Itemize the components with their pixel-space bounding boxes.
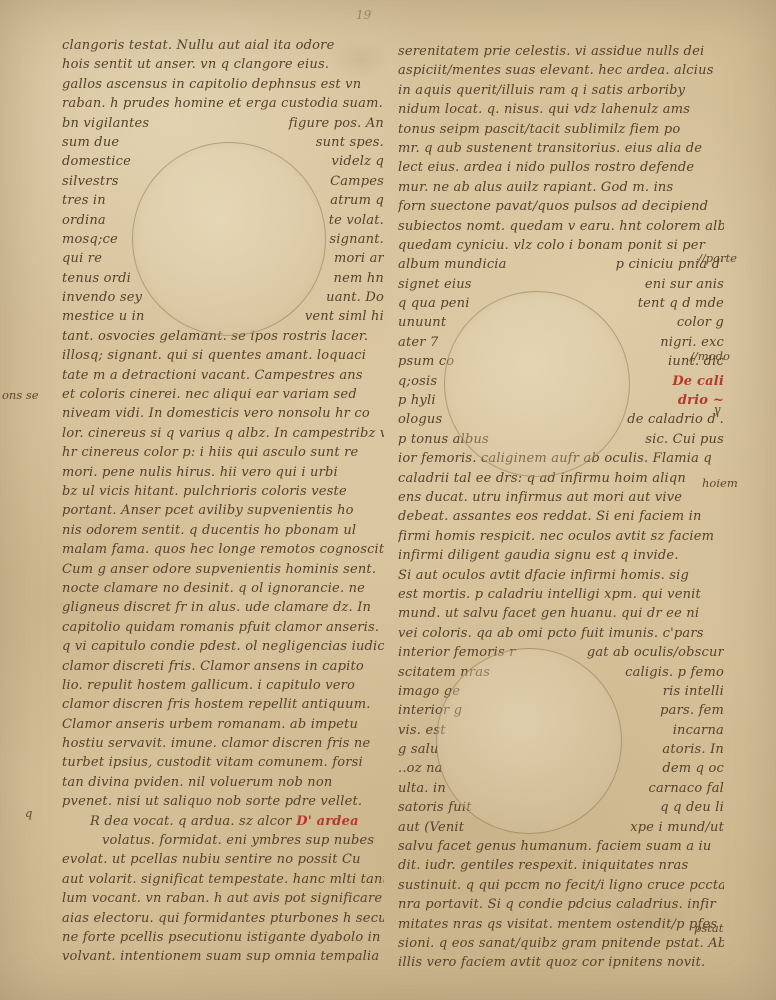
text-line: vei coloris. qa ab omi pcto fuit imunis.… bbox=[398, 624, 724, 643]
line-text: Clamor anseris urbem romanam. ab impetu bbox=[62, 717, 358, 732]
line-fragment-right: mori ar bbox=[334, 249, 384, 268]
line-text: mitates nras qs visitat. mentem ostendit… bbox=[398, 917, 717, 932]
text-line: niveam vidi. In domesticis vero nonsolu … bbox=[62, 404, 384, 423]
line-text: in aquis querit/illuis ram q i satis arb… bbox=[398, 83, 685, 98]
line-text: lor. cinereus si q varius q albz. In cam… bbox=[62, 426, 384, 441]
line-text: Cum g anser odore supvenientis hominis s… bbox=[62, 562, 376, 577]
text-line: mr. q aub sustenent transitorius. eius a… bbox=[398, 139, 724, 158]
line-fragment-right: figure pos. An bbox=[289, 114, 384, 133]
text-line: lor. cinereus si q varius q albz. In cam… bbox=[62, 424, 384, 443]
roundel-3 bbox=[436, 648, 622, 834]
text-line: volvant. intentionem suam sup omnia temp… bbox=[62, 947, 384, 966]
text-line: volatus. formidat. eni ymbres sup nubes bbox=[62, 831, 384, 850]
folio-number: 19 bbox=[356, 8, 371, 22]
text-line: malam fama. quos hec longe remotos cogno… bbox=[62, 540, 384, 559]
line-fragment-right: incarna bbox=[673, 721, 724, 740]
line-fragment-left: mestice u in bbox=[62, 307, 145, 326]
text-line: et coloris cinerei. nec aliqui ear varia… bbox=[62, 385, 384, 404]
line-fragment-right: gat ab oculis/obscur bbox=[587, 643, 724, 662]
line-fragment-right: pars. fem bbox=[660, 701, 724, 720]
line-text: portant. Anser pcet aviliby supvenientis… bbox=[62, 503, 354, 518]
line-fragment-right: uant. Do bbox=[326, 288, 384, 307]
text-line: debeat. assantes eos reddat. Si eni faci… bbox=[398, 507, 724, 526]
line-text: pvenet. nisi ut saliquo nob sorte pdre v… bbox=[62, 794, 362, 809]
text-line: lect eius. ardea i nido pullos rostro de… bbox=[398, 158, 724, 177]
line-text: clamor discreti fris. Clamor ansens in c… bbox=[62, 659, 364, 674]
line-text: dit. iudr. gentiles respexit. iniquitate… bbox=[398, 858, 688, 873]
line-fragment-right: ris intelli bbox=[663, 682, 724, 701]
text-line: clamor discren fris hostem repellit anti… bbox=[62, 695, 384, 714]
line-text: ne forte pcellis psecutionu istigante dy… bbox=[62, 930, 381, 945]
text-line: gallos ascensus in capitolio dephnsus es… bbox=[62, 75, 384, 94]
text-line: quedam cyniciu. vlz colo i bonam ponit s… bbox=[398, 236, 724, 255]
line-fragment-right: sunt spes. bbox=[316, 133, 384, 152]
text-line: aspiciit/mentes suas elevant. hec ardea.… bbox=[398, 61, 724, 80]
line-text: Si aut oculos avtit dfacie infirmi homis… bbox=[398, 568, 689, 583]
text-column-right: serenitatem prie celestis. vi assidue nu… bbox=[398, 42, 724, 973]
line-fragment-right: atrum q bbox=[330, 191, 384, 210]
line-text: hr cinereus color p: i hiis qui asculo s… bbox=[62, 445, 358, 460]
text-line: album mundiciap ciniciu pnia d' bbox=[398, 255, 724, 274]
text-line: R dea vocat. q ardua. sz alcor D' ardea bbox=[62, 812, 384, 831]
line-text: est mortis. p caladriu intelligi xpm. qu… bbox=[398, 587, 701, 602]
line-text: salvu facet genus humanum. faciem suam a… bbox=[398, 839, 711, 854]
text-line: nidum locat. q. nisus. qui vdz lahenulz … bbox=[398, 100, 724, 119]
line-fragment-right: eni sur anis bbox=[645, 275, 724, 294]
line-fragment-right: color g bbox=[677, 313, 724, 332]
line-fragment-left: unuunt bbox=[398, 313, 446, 332]
line-fragment-left: ulta. in bbox=[398, 779, 446, 798]
line-text: lum vocant. vn raban. h aut avis pot sig… bbox=[62, 891, 382, 906]
text-line: signet eiuseni sur anis bbox=[398, 275, 724, 294]
line-fragment-right: videlz q bbox=[331, 152, 384, 171]
line-fragment-left: q qua peni bbox=[398, 294, 470, 313]
text-line: Cum g anser odore supvenientis hominis s… bbox=[62, 560, 384, 579]
line-text: clamor discren fris hostem repellit anti… bbox=[62, 697, 371, 712]
line-text: vei coloris. qa ab omi pcto fuit imunis.… bbox=[398, 626, 704, 641]
text-line: gligneus discret fr in alus. ude clamare… bbox=[62, 598, 384, 617]
line-text: quedam cyniciu. vlz colo i bonam ponit s… bbox=[398, 238, 705, 253]
text-line: bz ul vicis hitant. pulchrioris coloris … bbox=[62, 482, 384, 501]
line-text: mur. ne ab alus auilz rapiant. God m. in… bbox=[398, 180, 673, 195]
line-text: hois sentit ut anser. vn q clangore eius… bbox=[62, 57, 329, 72]
text-line: bn vigilantesfigure pos. An bbox=[62, 114, 384, 133]
text-line: ens ducat. utru infirmus aut mori aut vi… bbox=[398, 488, 724, 507]
line-text: R dea vocat. q ardua. sz alcor bbox=[90, 814, 292, 829]
line-fragment-left: ..oz na bbox=[398, 759, 443, 778]
line-text: illosq; signant. qui si quentes amant. l… bbox=[62, 348, 366, 363]
line-fragment-right: xpe i mund/ut bbox=[630, 818, 724, 837]
text-line: nocte clamare no desinit. q ol ignoranci… bbox=[62, 579, 384, 598]
margin-note: y bbox=[714, 402, 721, 416]
rubric-text: D' ardea bbox=[292, 814, 359, 829]
text-line: aias electoru. qui formidantes pturbones… bbox=[62, 909, 384, 928]
line-fragment-left: bn vigilantes bbox=[62, 114, 149, 133]
text-line: Clamor anseris urbem romanam. ab impetu bbox=[62, 715, 384, 734]
line-text: mund. ut salvu facet gen huanu. qui dr e… bbox=[398, 606, 699, 621]
line-fragment-left: aut (Venit bbox=[398, 818, 464, 837]
line-text: mori. pene nulis hirus. hii vero qui i u… bbox=[62, 465, 338, 480]
line-fragment-left: signet eius bbox=[398, 275, 472, 294]
line-text: hostiu servavit. imune. clamor discren f… bbox=[62, 736, 370, 751]
text-line: salvu facet genus humanum. faciem suam a… bbox=[398, 837, 724, 856]
line-fragment-left: ater 7 bbox=[398, 333, 439, 352]
line-fragment-left: p hyli bbox=[398, 391, 436, 410]
line-text: nra portavit. Si q condie pdcius caladri… bbox=[398, 897, 716, 912]
line-fragment-right: de caladrio d'. bbox=[627, 410, 724, 429]
text-line: capitolio quidam romanis pfuit clamor an… bbox=[62, 618, 384, 637]
line-text: tan divina pviden. nil voluerum nob non bbox=[62, 775, 332, 790]
text-line: clamor discreti fris. Clamor ansens in c… bbox=[62, 657, 384, 676]
text-line: hostiu servavit. imune. clamor discren f… bbox=[62, 734, 384, 753]
text-line: nis odorem sentit. q ducentis ho pbonam … bbox=[62, 521, 384, 540]
line-text: gligneus discret fr in alus. ude clamare… bbox=[62, 600, 371, 615]
text-line: in aquis querit/illuis ram q i satis arb… bbox=[398, 81, 724, 100]
text-line: portant. Anser pcet aviliby supvenientis… bbox=[62, 501, 384, 520]
text-line: hr cinereus color p: i hiis qui asculo s… bbox=[62, 443, 384, 462]
text-line: aut volarit. significat tempestate. hanc… bbox=[62, 870, 384, 889]
text-line: q vi capitulo condie pdest. ol negligenc… bbox=[62, 637, 384, 656]
text-line: illosq; signant. qui si quentes amant. l… bbox=[62, 346, 384, 365]
text-line: mur. ne ab alus auilz rapiant. God m. in… bbox=[398, 178, 724, 197]
line-text: aspiciit/mentes suas elevant. hec ardea.… bbox=[398, 63, 714, 78]
line-fragment-left: g salu bbox=[398, 740, 439, 759]
line-fragment-left: tenus ordi bbox=[62, 269, 131, 288]
rubric-text: De cali bbox=[672, 372, 724, 391]
line-text: firmi homis respicit. nec oculos avtit s… bbox=[398, 529, 714, 544]
line-text: aut volarit. significat tempestate. hanc… bbox=[62, 872, 384, 887]
line-text: debeat. assantes eos reddat. Si eni faci… bbox=[398, 509, 702, 524]
line-fragment-right: dem q oc bbox=[662, 759, 724, 778]
line-fragment-left: album mundicia bbox=[398, 255, 507, 274]
line-text: gallos ascensus in capitolio dephnsus es… bbox=[62, 77, 361, 92]
line-fragment-right: sic. Cui pus bbox=[645, 430, 724, 449]
line-fragment-right: atoris. In bbox=[662, 740, 724, 759]
text-line: infirmi diligent gaudia signu est q invi… bbox=[398, 546, 724, 565]
text-line: mund. ut salvu facet gen huanu. qui dr e… bbox=[398, 604, 724, 623]
line-text: volatus. formidat. eni ymbres sup nubes bbox=[102, 833, 374, 848]
text-line: evolat. ut pcellas nubiu sentire no poss… bbox=[62, 850, 384, 869]
text-line: mitates nras qs visitat. mentem ostendit… bbox=[398, 915, 724, 934]
line-text: sustinuit. q qui pccm no fecit/i ligno c… bbox=[398, 878, 724, 893]
text-line: ne forte pcellis psecutionu istigante dy… bbox=[62, 928, 384, 947]
text-line: serenitatem prie celestis. vi assidue nu… bbox=[398, 42, 724, 61]
line-text: sioni. q eos sanat/quibz gram pnitende p… bbox=[398, 936, 724, 951]
line-text: niveam vidi. In domesticis vero nonsolu … bbox=[62, 406, 370, 421]
margin-note: ons se bbox=[2, 388, 39, 402]
line-text: mr. q aub sustenent transitorius. eius a… bbox=[398, 141, 702, 156]
line-text: ens ducat. utru infirmus aut mori aut vi… bbox=[398, 490, 682, 505]
roundel-1 bbox=[132, 142, 326, 336]
line-fragment-left: tres in bbox=[62, 191, 106, 210]
text-line: mori. pene nulis hirus. hii vero qui i u… bbox=[62, 463, 384, 482]
line-fragment-right: vent siml hi bbox=[305, 307, 384, 326]
line-fragment-right: tent q d mde bbox=[638, 294, 724, 313]
text-line: tonus seipm pascit/tacit sublimilz fiem … bbox=[398, 120, 724, 139]
text-line: forn suectone pavat/quos pulsos ad decip… bbox=[398, 197, 724, 216]
line-fragment-right: Campes bbox=[330, 172, 384, 191]
line-text: aias electoru. qui formidantes pturbones… bbox=[62, 911, 384, 926]
line-fragment-right: carnaco fal bbox=[648, 779, 724, 798]
line-text: serenitatem prie celestis. vi assidue nu… bbox=[398, 44, 704, 59]
text-line: lio. repulit hostem gallicum. i capitulo… bbox=[62, 676, 384, 695]
line-text: evolat. ut pcellas nubiu sentire no poss… bbox=[62, 852, 361, 867]
line-fragment-left: q;osis bbox=[398, 372, 437, 391]
text-line: lum vocant. vn raban. h aut avis pot sig… bbox=[62, 889, 384, 908]
text-line: tate m a detractioni vacant. Campestres … bbox=[62, 366, 384, 385]
line-text: bz ul vicis hitant. pulchrioris coloris … bbox=[62, 484, 347, 499]
line-fragment-right: te volat. bbox=[329, 211, 384, 230]
margin-note: //parte bbox=[698, 251, 737, 265]
line-text: illis vero faciem avtit quoz cor ipniten… bbox=[398, 955, 705, 970]
line-fragment-left: invendo sey bbox=[62, 288, 142, 307]
line-fragment-left: mosq;ce bbox=[62, 230, 118, 249]
line-text: tonus seipm pascit/tacit sublimilz fiem … bbox=[398, 122, 680, 137]
line-fragment-right: signant. bbox=[329, 230, 384, 249]
line-text: raban. h prudes homine et erga custodia … bbox=[62, 96, 383, 111]
line-fragment-left: ordina bbox=[62, 211, 106, 230]
line-text: forn suectone pavat/quos pulsos ad decip… bbox=[398, 199, 708, 214]
line-text: nidum locat. q. nisus. qui vdz lahenulz … bbox=[398, 102, 690, 117]
manuscript-page: 19 clangoris testat. Nullu aut aial ita … bbox=[0, 0, 776, 1000]
line-text: volvant. intentionem suam sup omnia temp… bbox=[62, 949, 384, 964]
text-line: raban. h prudes homine et erga custodia … bbox=[62, 94, 384, 113]
line-text: q vi capitulo condie pdest. ol negligenc… bbox=[62, 639, 384, 654]
margin-note: //modo bbox=[690, 349, 730, 363]
text-line: turbet ipsius, custodit vitam comunem. f… bbox=[62, 753, 384, 772]
text-line: sioni. q eos sanat/quibz gram pnitende p… bbox=[398, 934, 724, 953]
text-line: hois sentit ut anser. vn q clangore eius… bbox=[62, 55, 384, 74]
line-fragment-right: nem hn bbox=[334, 269, 384, 288]
line-fragment-left: domestice bbox=[62, 152, 131, 171]
line-text: et coloris cinerei. nec aliqui ear varia… bbox=[62, 387, 357, 402]
margin-note: q bbox=[25, 806, 32, 820]
text-line: illis vero faciem avtit quoz cor ipniten… bbox=[398, 953, 724, 972]
line-text: nocte clamare no desinit. q ol ignoranci… bbox=[62, 581, 365, 596]
text-line: firmi homis respicit. nec oculos avtit s… bbox=[398, 527, 724, 546]
roundel-2 bbox=[444, 291, 630, 477]
text-line: est mortis. p caladriu intelligi xpm. qu… bbox=[398, 585, 724, 604]
text-line: dit. iudr. gentiles respexit. iniquitate… bbox=[398, 856, 724, 875]
line-text: malam fama. quos hec longe remotos cogno… bbox=[62, 542, 384, 557]
text-line: subiectos nomt. quedam v earu. hnt color… bbox=[398, 217, 724, 236]
line-fragment-left: sum due bbox=[62, 133, 119, 152]
text-line: Si aut oculos avtit dfacie infirmi homis… bbox=[398, 566, 724, 585]
text-line: sustinuit. q qui pccm no fecit/i ligno c… bbox=[398, 876, 724, 895]
line-text: turbet ipsius, custodit vitam comunem. f… bbox=[62, 755, 363, 770]
line-text: subiectos nomt. quedam v earu. hnt color… bbox=[398, 219, 724, 234]
line-fragment-left: ologus bbox=[398, 410, 442, 429]
margin-note: hoiem bbox=[702, 476, 738, 490]
text-line: tan divina pviden. nil voluerum nob non bbox=[62, 773, 384, 792]
margin-note: pstat bbox=[694, 921, 723, 935]
line-fragment-left: qui re bbox=[62, 249, 102, 268]
line-fragment-right: caligis. p femo bbox=[625, 663, 724, 682]
line-text: infirmi diligent gaudia signu est q invi… bbox=[398, 548, 679, 563]
line-text: nis odorem sentit. q ducentis ho pbonam … bbox=[62, 523, 356, 538]
line-text: capitolio quidam romanis pfuit clamor an… bbox=[62, 620, 379, 635]
line-fragment-left: silvestrs bbox=[62, 172, 119, 191]
line-text: tate m a detractioni vacant. Campestres … bbox=[62, 368, 363, 383]
text-line: clangoris testat. Nullu aut aial ita odo… bbox=[62, 36, 384, 55]
line-text: lect eius. ardea i nido pullos rostro de… bbox=[398, 160, 694, 175]
line-text: lio. repulit hostem gallicum. i capitulo… bbox=[62, 678, 355, 693]
text-line: pvenet. nisi ut saliquo nob sorte pdre v… bbox=[62, 792, 384, 811]
text-line: nra portavit. Si q condie pdcius caladri… bbox=[398, 895, 724, 914]
line-text: clangoris testat. Nullu aut aial ita odo… bbox=[62, 38, 334, 53]
line-fragment-right: q q deu li bbox=[660, 798, 724, 817]
